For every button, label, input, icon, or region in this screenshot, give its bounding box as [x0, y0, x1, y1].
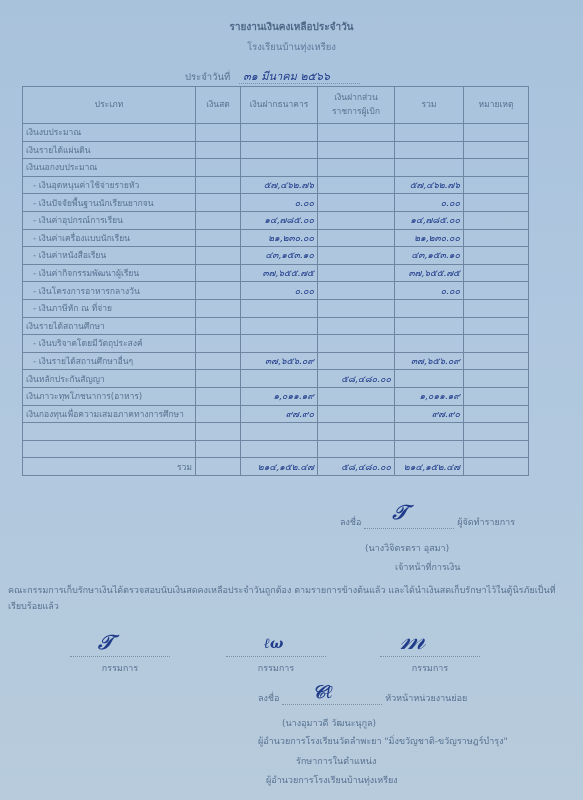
cell-cash: [196, 176, 241, 194]
cell-note: [464, 211, 529, 229]
cell-cash: [196, 124, 241, 142]
cell-bank: ๙๗.๙๐: [241, 405, 318, 423]
cell-note: [464, 352, 529, 370]
cell-gov: [318, 299, 395, 317]
cell-note: [464, 440, 529, 458]
cell-gov: [318, 282, 395, 300]
cell-total: ๐.๐๐: [395, 282, 464, 300]
total-total: ๒๑๔,๑๕๒.๔๗: [395, 458, 464, 476]
cell-bank: [241, 124, 318, 142]
row-label: - เงินปัจจัยพื้นฐานนักเรียนยากจน: [23, 194, 196, 212]
cash-balance-table: ประเภท เงินสด เงินฝากธนาคาร เงินฝากส่วนร…: [22, 86, 529, 476]
cell-note: [464, 176, 529, 194]
cell-note: [464, 159, 529, 177]
cell-cash: [196, 211, 241, 229]
cell-note: [464, 124, 529, 142]
head-name: (นางอุมาวดี วัฒนะนุกูล): [282, 716, 582, 730]
cell-cash: [196, 299, 241, 317]
cell-bank: ๓๗,๖๕๖.๐๙: [241, 352, 318, 370]
row-label: [23, 423, 196, 441]
cell-note: [464, 264, 529, 282]
row-label: - เงินค่ากิจกรรมพัฒนาผู้เรียน: [23, 264, 196, 282]
row-label: - เงินค่าหนังสือเรียน: [23, 247, 196, 265]
cell-total: ๒๑,๒๓๐.๐๐: [395, 229, 464, 247]
row-label: - เงินรายได้สถานศึกษาอื่นๆ: [23, 352, 196, 370]
cell-gov: [318, 423, 395, 441]
col-total: รวม: [395, 87, 464, 124]
table-header-row: ประเภท เงินสด เงินฝากธนาคาร เงินฝากส่วนร…: [23, 87, 529, 124]
cell-gov: [318, 124, 395, 142]
report-date: ประจำวันที่ ๓๑ มีนาคม ๒๕๖๖: [185, 67, 360, 85]
cell-cash: [196, 423, 241, 441]
table-row: - เงินค่าเครื่องแบบนักเรียน๒๑,๒๓๐.๐๐๒๑,๒…: [23, 229, 529, 247]
cell-gov: [318, 211, 395, 229]
cell-gov: [318, 440, 395, 458]
committee-member-3: 𝓂 กรรมการ: [380, 636, 480, 675]
cell-total: ๙๗.๙๐: [395, 405, 464, 423]
committee-member-2: ℓω กรรมการ: [226, 636, 326, 675]
cell-gov: [318, 194, 395, 212]
cell-note: [464, 141, 529, 159]
table-row: - เงินภาษีหัก ณ ที่จ่าย: [23, 299, 529, 317]
table-row: เงินกองทุนเพื่อความเสมอภาคทางการศึกษา๙๗.…: [23, 405, 529, 423]
cell-bank: [241, 141, 318, 159]
row-label: เงินนอกงบประมาณ: [23, 159, 196, 177]
cell-total: ๑๔,๗๘๕.๐๐: [395, 211, 464, 229]
cell-gov: [318, 229, 395, 247]
cell-cash: [196, 335, 241, 353]
cell-total: [395, 317, 464, 335]
table-row: เงินรายได้สถานศึกษา: [23, 317, 529, 335]
preparer-signature-line: 𝒯: [364, 516, 454, 529]
total-note: [464, 458, 529, 476]
table-row: - เงินโครงการอาหารกลางวัน๐.๐๐๐.๐๐: [23, 282, 529, 300]
total-cash: [196, 458, 241, 476]
cell-total: ๑,๐๑๑.๑๙: [395, 387, 464, 405]
cell-bank: [241, 317, 318, 335]
row-label: เงินหลักประกันสัญญา: [23, 370, 196, 388]
committee-signature-line: 𝒯: [70, 636, 170, 657]
cell-bank: [241, 335, 318, 353]
cell-bank: ๐.๐๐: [241, 282, 318, 300]
cell-cash: [196, 247, 241, 265]
head-sign-label: ลงชื่อ: [258, 694, 279, 704]
cell-cash: [196, 282, 241, 300]
head-signature-line: 𝒞ℓ: [282, 692, 382, 705]
cell-note: [464, 229, 529, 247]
cell-cash: [196, 405, 241, 423]
col-type: ประเภท: [23, 87, 196, 124]
cell-bank: ๔๓,๑๕๓.๑๐: [241, 247, 318, 265]
row-label: - เงินบริจาคโดยมีวัตถุประสงค์: [23, 335, 196, 353]
school-name: โรงเรียนบ้านทุ่งเหรียง: [0, 40, 583, 55]
cell-gov: [318, 176, 395, 194]
preparer-signature-block: ลงชื่อ 𝒯 ผู้จัดทำรายการ: [340, 515, 515, 529]
cell-total: [395, 141, 464, 159]
cell-cash: [196, 159, 241, 177]
committee-role: กรรมการ: [380, 661, 480, 675]
cell-note: [464, 194, 529, 212]
cell-bank: [241, 440, 318, 458]
cell-total: [395, 124, 464, 142]
cell-bank: ๒๑,๒๓๐.๐๐: [241, 229, 318, 247]
cell-total: [395, 299, 464, 317]
cell-bank: ๐.๐๐: [241, 194, 318, 212]
table-row: - เงินอุดหนุนค่าใช้จ่ายรายหัว๕๗,๔๖๒.๗๖๕๗…: [23, 176, 529, 194]
cell-cash: [196, 317, 241, 335]
cell-note: [464, 405, 529, 423]
preparer-signature-scribble: 𝒯: [392, 500, 407, 524]
row-label: เงินรายได้สถานศึกษา: [23, 317, 196, 335]
cell-bank: ๓๗,๖๕๕.๗๕: [241, 264, 318, 282]
table-row: - เงินบริจาคโดยมีวัตถุประสงค์: [23, 335, 529, 353]
signature-scribble: 𝓂: [400, 622, 425, 657]
cell-gov: ๕๘,๔๘๐.๐๐: [318, 370, 395, 388]
cell-total: ๔๓,๑๕๓.๑๐: [395, 247, 464, 265]
cell-total: [395, 423, 464, 441]
row-label: เงินภาวะทุพโภชนาการ(อาหาร): [23, 387, 196, 405]
table-row: - เงินค่ากิจกรรมพัฒนาผู้เรียน๓๗,๖๕๕.๗๕๓๗…: [23, 264, 529, 282]
row-label: - เงินภาษีหัก ณ ที่จ่าย: [23, 299, 196, 317]
cell-bank: [241, 370, 318, 388]
cell-cash: [196, 194, 241, 212]
col-gov-deposit: เงินฝากส่วนราชการผู้เบิก: [318, 87, 395, 124]
total-label: รวม: [23, 458, 196, 476]
committee-signature-line: ℓω: [226, 636, 326, 657]
signature-scribble: ℓω: [264, 636, 283, 653]
committee-signature-line: 𝓂: [380, 636, 480, 657]
table-total-row: รวม๒๑๔,๑๕๒.๔๗๕๘,๔๘๐.๐๐๒๑๔,๑๕๒.๔๗: [23, 458, 529, 476]
row-label: - เงินค่าเครื่องแบบนักเรียน: [23, 229, 196, 247]
table-row: [23, 423, 529, 441]
total-gov: ๕๘,๔๘๐.๐๐: [318, 458, 395, 476]
cell-bank: ๑,๐๑๑.๑๙: [241, 387, 318, 405]
cell-cash: [196, 264, 241, 282]
head-signature-block: ลงชื่อ 𝒞ℓ หัวหน้าหน่วยงานย่อย: [258, 691, 558, 705]
cell-total: [395, 159, 464, 177]
cell-gov: [318, 141, 395, 159]
cell-cash: [196, 387, 241, 405]
col-bank: เงินฝากธนาคาร: [241, 87, 318, 124]
signature-scribble: 𝒯: [98, 630, 113, 654]
cell-bank: [241, 423, 318, 441]
table-row: - เงินค่าหนังสือเรียน๔๓,๑๕๓.๑๐๔๓,๑๕๓.๑๐: [23, 247, 529, 265]
cell-note: [464, 370, 529, 388]
committee-role: กรรมการ: [226, 661, 326, 675]
cell-note: [464, 423, 529, 441]
table-row: เงินนอกงบประมาณ: [23, 159, 529, 177]
row-label: - เงินอุดหนุนค่าใช้จ่ายรายหัว: [23, 176, 196, 194]
cell-bank: ๕๗,๔๖๒.๗๖: [241, 176, 318, 194]
table-row: - เงินค่าอุปกรณ์การเรียน๑๔,๗๘๕.๐๐๑๔,๗๘๕.…: [23, 211, 529, 229]
cell-total: ๓๗,๖๕๕.๗๕: [395, 264, 464, 282]
date-label: ประจำวันที่: [185, 72, 230, 83]
table-row: เงินงบประมาณ: [23, 124, 529, 142]
cell-gov: [318, 335, 395, 353]
committee-role: กรรมการ: [70, 661, 170, 675]
row-label: เงินงบประมาณ: [23, 124, 196, 142]
cell-cash: [196, 141, 241, 159]
head-signature-scribble: 𝒞ℓ: [312, 682, 333, 703]
head-line1: ผู้อำนวยการโรงเรียนวัดลำพะยา "มิ่งขวัญชา…: [258, 734, 558, 748]
cell-total: ๓๗,๖๕๖.๐๙: [395, 352, 464, 370]
committee-statement: คณะกรรมการเก็บรักษาเงินได้ตรวจสอบนับเงิน…: [8, 583, 578, 615]
col-note: หมายเหตุ: [464, 87, 529, 124]
total-bank: ๒๑๔,๑๕๒.๔๗: [241, 458, 318, 476]
row-label: เงินกองทุนเพื่อความเสมอภาคทางการศึกษา: [23, 405, 196, 423]
preparer-role: ผู้จัดทำรายการ: [457, 518, 515, 528]
cell-gov: [318, 159, 395, 177]
cell-note: [464, 335, 529, 353]
row-label: - เงินโครงการอาหารกลางวัน: [23, 282, 196, 300]
cell-cash: [196, 370, 241, 388]
cell-cash: [196, 229, 241, 247]
col-cash: เงินสด: [196, 87, 241, 124]
preparer-sign-label: ลงชื่อ: [340, 518, 361, 528]
cell-total: ๐.๐๐: [395, 194, 464, 212]
cell-gov: [318, 387, 395, 405]
head-line2: รักษาการในตำแหน่ง: [296, 754, 583, 768]
table-row: เงินรายได้แผ่นดิน: [23, 141, 529, 159]
table-row: - เงินรายได้สถานศึกษาอื่นๆ๓๗,๖๕๖.๐๙๓๗,๖๕…: [23, 352, 529, 370]
cell-bank: [241, 299, 318, 317]
cell-note: [464, 387, 529, 405]
table-row: เงินภาวะทุพโภชนาการ(อาหาร)๑,๐๑๑.๑๙๑,๐๑๑.…: [23, 387, 529, 405]
cell-gov: [318, 405, 395, 423]
cell-note: [464, 317, 529, 335]
committee-member-1: 𝒯 กรรมการ: [70, 636, 170, 675]
table-row: [23, 440, 529, 458]
table-row: - เงินปัจจัยพื้นฐานนักเรียนยากจน๐.๐๐๐.๐๐: [23, 194, 529, 212]
row-label: [23, 440, 196, 458]
preparer-name: (นางวิจิตรตรา อุสมา): [365, 541, 449, 555]
head-line3: ผู้อำนวยการโรงเรียนบ้านทุ่งเหรียง: [266, 773, 566, 787]
cell-gov: [318, 317, 395, 335]
cell-total: [395, 440, 464, 458]
cell-bank: [241, 159, 318, 177]
preparer-position: เจ้าหน้าที่การเงิน: [395, 560, 460, 574]
report-title: รายงานเงินคงเหลือประจำวัน: [0, 20, 583, 35]
cell-note: [464, 247, 529, 265]
cell-gov: [318, 247, 395, 265]
cell-gov: [318, 264, 395, 282]
cell-total: [395, 370, 464, 388]
table-row: เงินหลักประกันสัญญา๕๘,๔๘๐.๐๐: [23, 370, 529, 388]
cell-gov: [318, 352, 395, 370]
head-role: หัวหน้าหน่วยงานย่อย: [385, 694, 467, 704]
row-label: - เงินค่าอุปกรณ์การเรียน: [23, 211, 196, 229]
date-value: ๓๑ มีนาคม ๒๕๖๖: [239, 70, 360, 84]
cell-note: [464, 299, 529, 317]
cell-note: [464, 282, 529, 300]
cell-total: [395, 335, 464, 353]
cell-cash: [196, 440, 241, 458]
cell-cash: [196, 352, 241, 370]
cell-bank: ๑๔,๗๘๕.๐๐: [241, 211, 318, 229]
cell-total: ๕๗,๔๖๒.๗๖: [395, 176, 464, 194]
row-label: เงินรายได้แผ่นดิน: [23, 141, 196, 159]
